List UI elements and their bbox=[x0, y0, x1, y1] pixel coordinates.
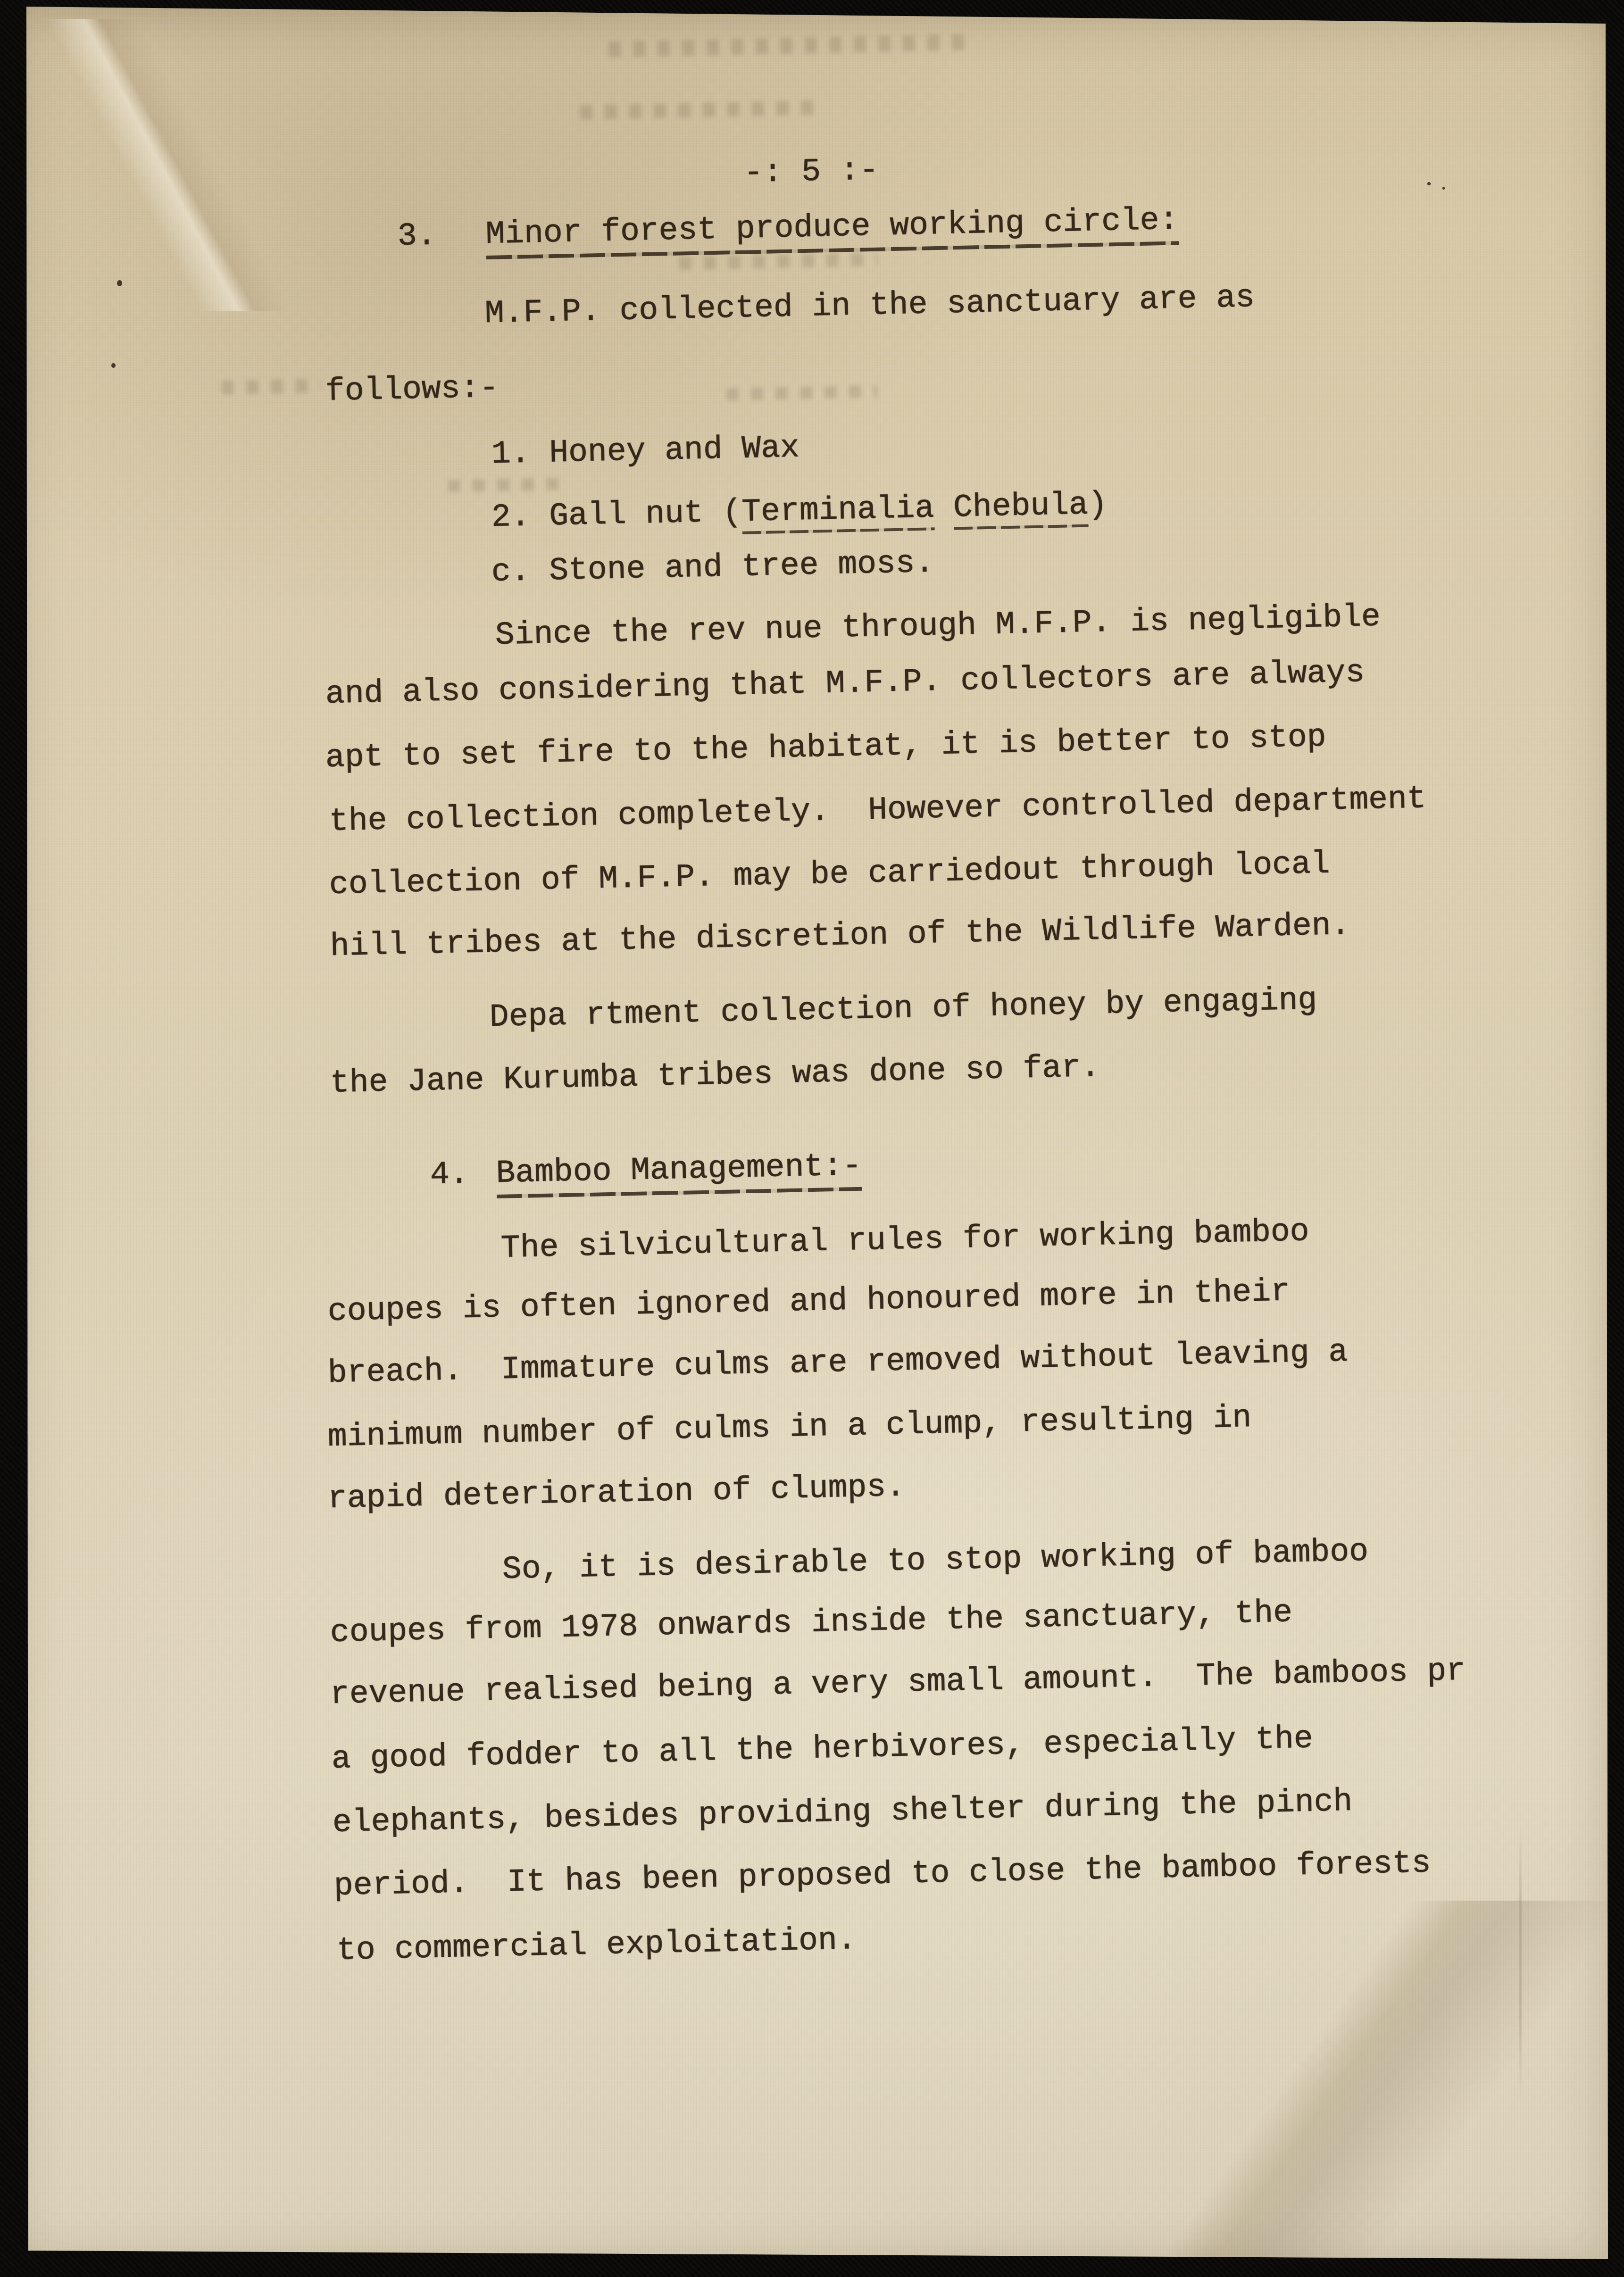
paragraph-line: So, it is desirable to stop working of b… bbox=[502, 1530, 1369, 1592]
section-3-number: 3. bbox=[397, 217, 436, 255]
section-3-title: Minor forest produce working circle: bbox=[485, 202, 1179, 259]
list-item-text: 2. Gall nut ( bbox=[491, 494, 742, 536]
paragraph-line: apt to set fire to the habitat, it is be… bbox=[325, 716, 1326, 780]
document-page: -: 5 :- 3.Minor forest produce working c… bbox=[0, 0, 1624, 2277]
paragraph-line: The silvicultural rules for working bamb… bbox=[500, 1210, 1309, 1271]
list-item-text: ) bbox=[1088, 487, 1108, 524]
section-4-title: Bamboo Management:- bbox=[496, 1148, 862, 1198]
section-3-heading: 3.Minor forest produce working circle: bbox=[397, 199, 1179, 258]
paragraph-line: elephants, besides providing shelter dur… bbox=[332, 1780, 1353, 1845]
paragraph-line: collection of M.F.P. may be carriedout t… bbox=[329, 843, 1330, 907]
paragraph-line: the collection completely. However contr… bbox=[329, 777, 1426, 844]
section-4-heading: 4.Bamboo Management:- bbox=[430, 1145, 862, 1197]
species-name-genus: Terminalia bbox=[741, 490, 935, 534]
paragraph-line: coupes from 1978 onwards inside the sanc… bbox=[330, 1591, 1293, 1655]
list-item: 2. Gall nut (Terminalia Chebula) bbox=[491, 483, 1108, 540]
paragraph-line: revenue realised being a very small amou… bbox=[330, 1650, 1466, 1717]
page-number: -: 5 :- bbox=[743, 149, 879, 195]
section-4-number: 4. bbox=[430, 1156, 469, 1193]
paragraph-line: Depa rtment collection of honey by engag… bbox=[489, 979, 1317, 1039]
typed-text-layer: -: 5 :- 3.Minor forest produce working c… bbox=[0, 0, 1624, 2277]
paragraph-line: and also considering that M.F.P. collect… bbox=[325, 651, 1365, 716]
species-name-epithet: Chebula bbox=[953, 487, 1088, 530]
scan-backdrop: -: 5 :- 3.Minor forest produce working c… bbox=[0, 0, 1624, 2277]
paragraph-line: Since the rev nue through M.F.P. is negl… bbox=[495, 596, 1381, 657]
paragraph-line: the Jane Kurumba tribes was done so far. bbox=[330, 1046, 1100, 1105]
paragraph-line: a good fodder to all the herbivores, esp… bbox=[331, 1717, 1314, 1781]
paragraph-line: period. It has been proposed to close th… bbox=[333, 1842, 1431, 1908]
paragraph-line: rapid deterioration of clumps. bbox=[327, 1465, 906, 1521]
paragraph-line: hill tribes at the discretion of the Wil… bbox=[330, 904, 1350, 969]
paragraph-line: to commercial exploitation. bbox=[336, 1919, 857, 1973]
list-item: 1. Honey and Wax bbox=[491, 426, 800, 476]
list-item: c. Stone and tree moss. bbox=[491, 541, 934, 594]
paragraph-line: M.F.P. collected in the sanctuary are as bbox=[484, 276, 1255, 336]
paragraph-line: breach. Immature culms are removed witho… bbox=[327, 1331, 1348, 1396]
paragraph-line: coupes is often ignored and honoured mor… bbox=[327, 1270, 1291, 1334]
paragraph-line: minimum number of culms in a clump, resu… bbox=[327, 1396, 1252, 1459]
species-name-space bbox=[934, 490, 954, 526]
paragraph-line: follows:- bbox=[325, 366, 499, 414]
